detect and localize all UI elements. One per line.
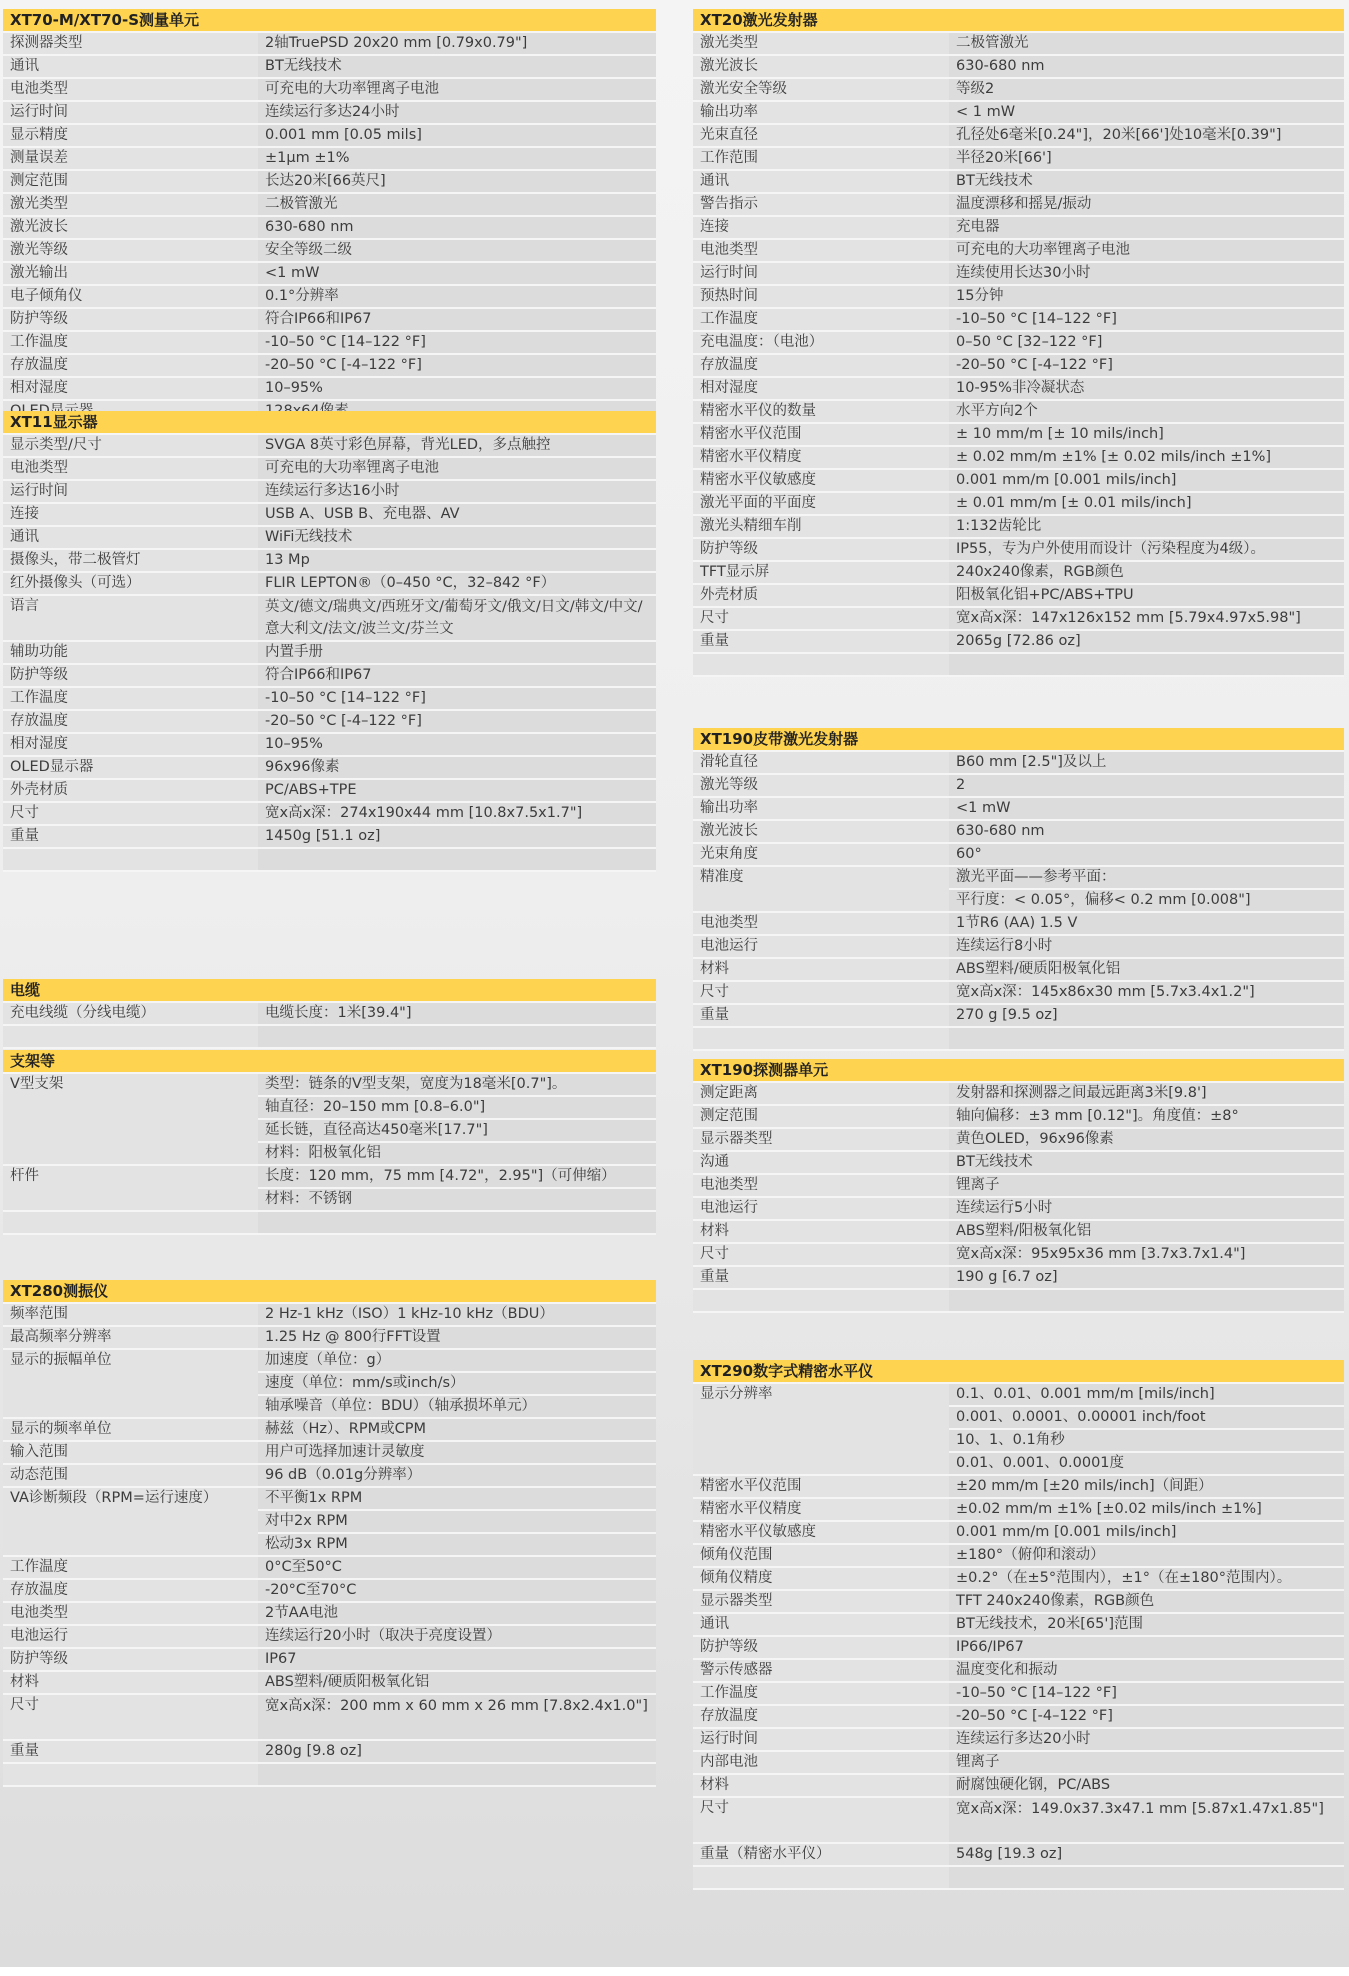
spec-values: 不平衡1x RPM对中2x RPM松动3x RPM [258, 1488, 656, 1557]
spec-value [949, 1867, 1344, 1890]
spec-label: 材料 [3, 1672, 258, 1695]
spec-values: 0°C至50°C [258, 1557, 656, 1580]
spec-label: 重量 [693, 1005, 949, 1028]
spec-value: <1 mW [949, 798, 1344, 821]
spec-value: 0.001、0.0001、0.00001 inch/foot [949, 1407, 1344, 1430]
spec-value: 孔径处6毫米[0.24"]，20米[66']处10毫米[0.39"] [949, 125, 1344, 148]
spec-row: 尺寸宽x高x深：274x190x44 mm [10.8x7.5x1.7"] [3, 803, 656, 826]
spec-row: 内部电池锂离子 [693, 1752, 1344, 1775]
spec-values: 0.1°分辨率 [258, 286, 656, 309]
spec-values: ±20 mm/m [±20 mils/inch]（间距） [949, 1476, 1344, 1499]
spec-values: 1450g [51.1 oz] [258, 826, 656, 849]
spec-value: 半径20米[66'] [949, 148, 1344, 171]
spec-values: 270 g [9.5 oz] [949, 1005, 1344, 1028]
spec-label: 防护等级 [3, 1649, 258, 1672]
spec-row: 连接充电器 [693, 217, 1344, 240]
spec-values: -20–50 °C [-4–122 °F] [258, 711, 656, 734]
spec-values: 630-680 nm [949, 56, 1344, 79]
section-title: XT290数字式精密水平仪 [693, 1360, 1344, 1384]
spec-row: 运行时间连续运行多达20小时 [693, 1729, 1344, 1752]
spec-label: 充电线缆（分线电缆） [3, 1003, 258, 1026]
spec-label: 激光类型 [693, 33, 949, 56]
spec-value: 548g [19.3 oz] [949, 1844, 1344, 1867]
spec-label: 语言 [3, 596, 258, 642]
spec-values: 10–95% [258, 734, 656, 757]
spec-row: 光束角度60° [693, 844, 1344, 867]
spec-value: 630-680 nm [949, 821, 1344, 844]
spec-label: 倾角仪精度 [693, 1568, 949, 1591]
spec-values: ±0.02 mm/m ±1% [±0.02 mils/inch ±1%] [949, 1499, 1344, 1522]
spec-values: 548g [19.3 oz] [949, 1844, 1344, 1867]
spec-section: XT20激光发射器激光类型二极管激光激光波长630-680 nm激光安全等级等级… [693, 9, 1344, 677]
spec-row: 防护等级IP55，专为户外使用而设计（污染程度为4级）。 [693, 539, 1344, 562]
spec-value: USB A、USB B、充电器、AV [258, 504, 656, 527]
spec-row: 显示的振幅单位加速度（单位：g）速度（单位：mm/s或inch/s）轴承噪音（单… [3, 1350, 656, 1419]
spec-row: 充电温度：（电池）0–50 °C [32–122 °F] [693, 332, 1344, 355]
spec-values: 2065g [72.86 oz] [949, 631, 1344, 654]
spec-values: SVGA 8英寸彩色屏幕，背光LED，多点触控 [258, 435, 656, 458]
spec-label: 动态范围 [3, 1465, 258, 1488]
spec-label: 电池运行 [693, 1198, 949, 1221]
spec-label: 输入范围 [3, 1442, 258, 1465]
spec-value: SVGA 8英寸彩色屏幕，背光LED，多点触控 [258, 435, 656, 458]
spec-values: 0.001 mm/m [0.001 mils/inch] [949, 1522, 1344, 1545]
spec-row: 通讯BT无线技术 [693, 171, 1344, 194]
spec-value: 安全等级二级 [258, 240, 656, 263]
spec-value: 耐腐蚀硬化钢，PC/ABS [949, 1775, 1344, 1798]
spec-section: 支架等V型支架类型：链条的V型支架，宽度为18毫米[0.7"]。轴直径：20–1… [3, 1050, 656, 1235]
spec-row: 精密水平仪敏感度0.001 mm/m [0.001 mils/inch] [693, 1522, 1344, 1545]
spec-value: IP67 [258, 1649, 656, 1672]
spec-label [693, 1028, 949, 1051]
spec-label: TFT显示屏 [693, 562, 949, 585]
spec-value: 1450g [51.1 oz] [258, 826, 656, 849]
spec-label: 激光安全等级 [693, 79, 949, 102]
spec-label: 红外摄像头（可选） [3, 573, 258, 596]
blank-row [693, 1867, 1344, 1890]
spec-label: VA诊断频段（RPM=运行速度） [3, 1488, 258, 1557]
spec-section: XT190皮带激光发射器滑轮直径B60 mm [2.5"]及以上激光等级2输出功… [693, 728, 1344, 1051]
spec-label: 倾角仪范围 [693, 1545, 949, 1568]
spec-value: 材料：阳极氧化铝 [258, 1143, 656, 1166]
spec-value: 0.1、0.01、0.001 mm/m [mils/inch] [949, 1384, 1344, 1407]
spec-label: 测定范围 [3, 171, 258, 194]
spec-label: 工作温度 [3, 332, 258, 355]
spec-row: TFT显示屏240x240像素，RGB颜色 [693, 562, 1344, 585]
spec-value: 符合IP66和IP67 [258, 665, 656, 688]
spec-values: 190 g [6.7 oz] [949, 1267, 1344, 1290]
spec-label: 电池类型 [693, 1175, 949, 1198]
spec-value: -10–50 °C [14–122 °F] [258, 688, 656, 711]
spec-row: 激光波长630-680 nm [693, 821, 1344, 844]
spec-row: 显示器类型黄色OLED，96x96像素 [693, 1129, 1344, 1152]
spec-value: 充电器 [949, 217, 1344, 240]
spec-row: 通讯BT无线技术，20米[65']范围 [693, 1614, 1344, 1637]
spec-row: OLED显示器96x96像素 [3, 757, 656, 780]
spec-values: 2轴TruePSD 20x20 mm [0.79x0.79"] [258, 33, 656, 56]
section-title: 支架等 [3, 1050, 656, 1074]
spec-row: 激光波长630-680 nm [693, 56, 1344, 79]
spec-row: 激光安全等级等级2 [693, 79, 1344, 102]
spec-values: 60° [949, 844, 1344, 867]
spec-values: 宽x高x深：149.0x37.3x47.1 mm [5.87x1.47x1.85… [949, 1798, 1344, 1844]
spec-value: 宽x高x深：95x95x36 mm [3.7x3.7x1.4"] [949, 1244, 1344, 1267]
spec-values: 可充电的大功率锂离子电池 [949, 240, 1344, 263]
spec-values: 2 Hz-1 kHz（ISO）1 kHz-10 kHz（BDU） [258, 1304, 656, 1327]
spec-value: 加速度（单位：g） [258, 1350, 656, 1373]
spec-values: 13 Mp [258, 550, 656, 573]
spec-values: PC/ABS+TPE [258, 780, 656, 803]
spec-label: 存放温度 [3, 1580, 258, 1603]
spec-value: 0.001 mm [0.05 mils] [258, 125, 656, 148]
spec-value: 等级2 [949, 79, 1344, 102]
spec-values: 1:132齿轮比 [949, 516, 1344, 539]
spec-value: 10-95%非冷凝状态 [949, 378, 1344, 401]
spec-label: 输出功率 [693, 102, 949, 125]
spec-label: 探测器类型 [3, 33, 258, 56]
spec-values: -10–50 °C [14–122 °F] [949, 309, 1344, 332]
spec-label: 精密水平仪敏感度 [693, 470, 949, 493]
spec-label [693, 1867, 949, 1890]
spec-values: TFT 240x240像素，RGB颜色 [949, 1591, 1344, 1614]
spec-label: 通讯 [693, 1614, 949, 1637]
spec-value [258, 849, 656, 872]
spec-values: 96 dB（0.01g分辨率） [258, 1465, 656, 1488]
spec-values: 280g [9.8 oz] [258, 1741, 656, 1764]
spec-row: 工作温度0°C至50°C [3, 1557, 656, 1580]
spec-label: 预热时间 [693, 286, 949, 309]
spec-value: TFT 240x240像素，RGB颜色 [949, 1591, 1344, 1614]
spec-row: 尺寸宽x高x深：95x95x36 mm [3.7x3.7x1.4"] [693, 1244, 1344, 1267]
spec-value: -20–50 °C [-4–122 °F] [949, 1706, 1344, 1729]
spec-label: 运行时间 [693, 263, 949, 286]
spec-values: 阳极氧化铝+PC/ABS+TPU [949, 585, 1344, 608]
spec-label: 外壳材质 [693, 585, 949, 608]
spec-value: 松动3x RPM [258, 1534, 656, 1557]
spec-value [949, 654, 1344, 677]
spec-values: ABS塑料/硬质阳极氧化铝 [949, 959, 1344, 982]
spec-row: 存放温度-20°C至70°C [3, 1580, 656, 1603]
spec-row: 光束直径孔径处6毫米[0.24"]，20米[66']处10毫米[0.39"] [693, 125, 1344, 148]
spec-values: 0.001 mm/m [0.001 mils/inch] [949, 470, 1344, 493]
section-title: 电缆 [3, 979, 656, 1003]
spec-label: 尺寸 [693, 1798, 949, 1844]
spec-label: 材料 [693, 959, 949, 982]
spec-row: 红外摄像头（可选）FLIR LEPTON®（0–450 °C，32–842 °F… [3, 573, 656, 596]
spec-label: 防护等级 [693, 1637, 949, 1660]
spec-value: 0.01、0.001、0.0001度 [949, 1453, 1344, 1476]
spec-label: 相对湿度 [3, 378, 258, 401]
spec-row: 电池运行连续运行5小时 [693, 1198, 1344, 1221]
spec-value: 轴向偏移：±3 mm [0.12"]。角度值：±8° [949, 1106, 1344, 1129]
spec-row: 电池类型可充电的大功率锂离子电池 [693, 240, 1344, 263]
spec-row: 激光类型二极管激光 [3, 194, 656, 217]
spec-value: FLIR LEPTON®（0–450 °C，32–842 °F） [258, 573, 656, 596]
spec-label: 连接 [693, 217, 949, 240]
spec-values [949, 1290, 1344, 1313]
spec-values: 温度漂移和摇晃/振动 [949, 194, 1344, 217]
spec-label: 最高频率分辨率 [3, 1327, 258, 1350]
spec-value: 速度（单位：mm/s或inch/s） [258, 1373, 656, 1396]
spec-label: 通讯 [693, 171, 949, 194]
spec-values: 连续运行多达16小时 [258, 481, 656, 504]
spec-row: 运行时间连续运行多达24小时 [3, 102, 656, 125]
spec-value [258, 1026, 656, 1049]
spec-value: WiFi无线技术 [258, 527, 656, 550]
spec-row: 倾角仪范围±180°（俯仰和滚动） [693, 1545, 1344, 1568]
spec-label: OLED显示器 [3, 757, 258, 780]
spec-row: 材料ABS塑料/硬质阳极氧化铝 [3, 1672, 656, 1695]
spec-row: 输出功率<1 mW [693, 798, 1344, 821]
spec-values: 240x240像素，RGB颜色 [949, 562, 1344, 585]
spec-row: 尺寸宽x高x深：147x126x152 mm [5.79x4.97x5.98"] [693, 608, 1344, 631]
spec-value: 电缆长度：1米[39.4"] [258, 1003, 656, 1026]
blank-row [3, 1212, 656, 1235]
spec-value: BT无线技术 [949, 1152, 1344, 1175]
spec-row: 重量280g [9.8 oz] [3, 1741, 656, 1764]
spec-label: 外壳材质 [3, 780, 258, 803]
spec-row: 外壳材质阳极氧化铝+PC/ABS+TPU [693, 585, 1344, 608]
spec-label: 工作温度 [3, 1557, 258, 1580]
spec-label: 存放温度 [3, 355, 258, 378]
spec-label: 精密水平仪的数量 [693, 401, 949, 424]
spec-row: 动态范围96 dB（0.01g分辨率） [3, 1465, 656, 1488]
spec-value: 2 [949, 775, 1344, 798]
spec-value: 赫兹（Hz）、RPM或CPM [258, 1419, 656, 1442]
spec-value: 长达20米[66英尺] [258, 171, 656, 194]
spec-value: 0°C至50°C [258, 1557, 656, 1580]
spec-value: 宽x高x深：200 mm x 60 mm x 26 mm [7.8x2.4x1.… [258, 1695, 656, 1741]
spec-label: 运行时间 [3, 481, 258, 504]
spec-value: 连续运行多达20小时 [949, 1729, 1344, 1752]
spec-value: 不平衡1x RPM [258, 1488, 656, 1511]
spec-row: V型支架类型：链条的V型支架，宽度为18毫米[0.7"]。轴直径：20–150 … [3, 1074, 656, 1166]
spec-row: 沟通BT无线技术 [693, 1152, 1344, 1175]
spec-value: 280g [9.8 oz] [258, 1741, 656, 1764]
spec-row: 显示类型/尺寸SVGA 8英寸彩色屏幕，背光LED，多点触控 [3, 435, 656, 458]
spec-values [258, 1212, 656, 1235]
spec-values: B60 mm [2.5"]及以上 [949, 752, 1344, 775]
spec-row: 精准度激光平面——参考平面：平行度：< 0.05°，偏移< 0.2 mm [0.… [693, 867, 1344, 913]
spec-values: 宽x高x深：200 mm x 60 mm x 26 mm [7.8x2.4x1.… [258, 1695, 656, 1741]
spec-values: 电缆长度：1米[39.4"] [258, 1003, 656, 1026]
spec-label: 激光波长 [3, 217, 258, 240]
spec-row: 电池类型2节AA电池 [3, 1603, 656, 1626]
spec-label: 显示器类型 [693, 1129, 949, 1152]
spec-label: 尺寸 [693, 982, 949, 1005]
spec-values: ABS塑料/阳极氧化铝 [949, 1221, 1344, 1244]
spec-row: 工作温度-10–50 °C [14–122 °F] [693, 309, 1344, 332]
spec-row: 测定距离发射器和探测器之间最远距离3米[9.8'] [693, 1083, 1344, 1106]
spec-values: BT无线技术 [949, 1152, 1344, 1175]
section-title: XT20激光发射器 [693, 9, 1344, 33]
spec-row: 激光等级2 [693, 775, 1344, 798]
spec-row: 输出功率< 1 mW [693, 102, 1344, 125]
spec-label: 工作温度 [3, 688, 258, 711]
spec-value: 10、1、0.1角秒 [949, 1430, 1344, 1453]
spec-section: 电缆充电线缆（分线电缆）电缆长度：1米[39.4"] [3, 979, 656, 1049]
spec-value: 对中2x RPM [258, 1511, 656, 1534]
spec-values: 2 [949, 775, 1344, 798]
spec-row: 电池运行连续运行8小时 [693, 936, 1344, 959]
spec-row: 滑轮直径B60 mm [2.5"]及以上 [693, 752, 1344, 775]
spec-values: 0.1、0.01、0.001 mm/m [mils/inch]0.001、0.0… [949, 1384, 1344, 1476]
spec-row: VA诊断频段（RPM=运行速度）不平衡1x RPM对中2x RPM松动3x RP… [3, 1488, 656, 1557]
spec-value: 二极管激光 [258, 194, 656, 217]
spec-row: 电池运行连续运行20小时（取决于亮度设置） [3, 1626, 656, 1649]
spec-row: 材料耐腐蚀硬化钢，PC/ABS [693, 1775, 1344, 1798]
spec-values: ± 0.02 mm/m ±1% [± 0.02 mils/inch ±1%] [949, 447, 1344, 470]
spec-label: 显示精度 [3, 125, 258, 148]
spec-values: ± 10 mm/m [± 10 mils/inch] [949, 424, 1344, 447]
spec-value: ABS塑料/硬质阳极氧化铝 [949, 959, 1344, 982]
spec-row: 最高频率分辨率1.25 Hz @ 800行FFT设置 [3, 1327, 656, 1350]
spec-label: 精密水平仪精度 [693, 447, 949, 470]
spec-row: 充电线缆（分线电缆）电缆长度：1米[39.4"] [3, 1003, 656, 1026]
spec-row: 显示的频率单位赫兹（Hz）、RPM或CPM [3, 1419, 656, 1442]
spec-values: BT无线技术，20米[65']范围 [949, 1614, 1344, 1637]
spec-label: 防护等级 [693, 539, 949, 562]
spec-label: 滑轮直径 [693, 752, 949, 775]
spec-row: 材料ABS塑料/阳极氧化铝 [693, 1221, 1344, 1244]
spec-label: 激光波长 [693, 821, 949, 844]
spec-label [3, 849, 258, 872]
spec-values: -10–50 °C [14–122 °F] [258, 688, 656, 711]
spec-row: 重量2065g [72.86 oz] [693, 631, 1344, 654]
spec-values: 连续运行5小时 [949, 1198, 1344, 1221]
spec-values: 类型：链条的V型支架，宽度为18毫米[0.7"]。轴直径：20–150 mm [… [258, 1074, 656, 1166]
spec-label: 激光平面的平面度 [693, 493, 949, 516]
spec-values: USB A、USB B、充电器、AV [258, 504, 656, 527]
spec-row: 相对湿度10–95% [3, 734, 656, 757]
spec-values: 1.25 Hz @ 800行FFT设置 [258, 1327, 656, 1350]
spec-label: 显示分辨率 [693, 1384, 949, 1476]
spec-values: 连续运行20小时（取决于亮度设置） [258, 1626, 656, 1649]
spec-row: 重量1450g [51.1 oz] [3, 826, 656, 849]
spec-label: 显示的振幅单位 [3, 1350, 258, 1419]
spec-row: 激光平面的平面度± 0.01 mm/m [± 0.01 mils/inch] [693, 493, 1344, 516]
spec-row: 尺寸宽x高x深：200 mm x 60 mm x 26 mm [7.8x2.4x… [3, 1695, 656, 1741]
spec-row: 材料ABS塑料/硬质阳极氧化铝 [693, 959, 1344, 982]
spec-row: 连接USB A、USB B、充电器、AV [3, 504, 656, 527]
spec-label: 电池类型 [3, 458, 258, 481]
spec-row: 工作温度-10–50 °C [14–122 °F] [3, 688, 656, 711]
spec-row: 倾角仪精度±0.2°（在±5°范围内），±1°（在±180°范围内）。 [693, 1568, 1344, 1591]
spec-value [258, 1212, 656, 1235]
spec-label: 电池运行 [693, 936, 949, 959]
spec-label: 重量 [3, 826, 258, 849]
spec-values: ±1μm ±1% [258, 148, 656, 171]
spec-value: -20–50 °C [-4–122 °F] [258, 355, 656, 378]
spec-values: 半径20米[66'] [949, 148, 1344, 171]
spec-value: 270 g [9.5 oz] [949, 1005, 1344, 1028]
spec-value: 连续运行多达16小时 [258, 481, 656, 504]
spec-values: 长达20米[66英尺] [258, 171, 656, 194]
spec-label: 材料 [693, 1221, 949, 1244]
spec-label: 精密水平仪范围 [693, 1476, 949, 1499]
spec-value: 190 g [6.7 oz] [949, 1267, 1344, 1290]
spec-label: 激光等级 [693, 775, 949, 798]
spec-row: 电池类型1节R6 (AA) 1.5 V [693, 913, 1344, 936]
spec-label: 存放温度 [693, 355, 949, 378]
spec-values: 水平方向2个 [949, 401, 1344, 424]
spec-row: 防护等级IP66/IP67 [693, 1637, 1344, 1660]
spec-label [3, 1026, 258, 1049]
spec-label: 重量 [693, 1267, 949, 1290]
spec-row: 工作温度-10–50 °C [14–122 °F] [3, 332, 656, 355]
spec-values: 连续运行多达20小时 [949, 1729, 1344, 1752]
spec-values: 宽x高x深：145x86x30 mm [5.7x3.4x1.2"] [949, 982, 1344, 1005]
spec-label: 内部电池 [693, 1752, 949, 1775]
spec-value: -10–50 °C [14–122 °F] [949, 309, 1344, 332]
spec-row: 精密水平仪敏感度0.001 mm/m [0.001 mils/inch] [693, 470, 1344, 493]
spec-values: 符合IP66和IP67 [258, 309, 656, 332]
spec-value: 连续运行8小时 [949, 936, 1344, 959]
spec-label: 测量误差 [3, 148, 258, 171]
spec-label: 重量（精密水平仪） [693, 1844, 949, 1867]
spec-value: 轴承噪音（单位：BDU）（轴承损坏单元） [258, 1396, 656, 1419]
spec-row: 测定范围长达20米[66英尺] [3, 171, 656, 194]
spec-section: XT190探测器单元测定距离发射器和探测器之间最远距离3米[9.8']测定范围轴… [693, 1059, 1344, 1313]
spec-value: 1.25 Hz @ 800行FFT设置 [258, 1327, 656, 1350]
spec-values: 长度：120 mm，75 mm [4.72"，2.95"]（可伸缩）材料：不锈钢 [258, 1166, 656, 1212]
spec-values: 可充电的大功率锂离子电池 [258, 79, 656, 102]
spec-row: 激光输出<1 mW [3, 263, 656, 286]
spec-row: 通讯WiFi无线技术 [3, 527, 656, 550]
spec-label: 电池类型 [693, 240, 949, 263]
spec-value: ±0.2°（在±5°范围内），±1°（在±180°范围内）。 [949, 1568, 1344, 1591]
spec-row: 电池类型可充电的大功率锂离子电池 [3, 79, 656, 102]
spec-values: 0.001 mm [0.05 mils] [258, 125, 656, 148]
spec-value: 黄色OLED，96x96像素 [949, 1129, 1344, 1152]
spec-value: 长度：120 mm，75 mm [4.72"，2.95"]（可伸缩） [258, 1166, 656, 1189]
spec-row: 存放温度-20–50 °C [-4–122 °F] [3, 711, 656, 734]
spec-label: 重量 [3, 1741, 258, 1764]
spec-row: 显示器类型TFT 240x240像素，RGB颜色 [693, 1591, 1344, 1614]
spec-value: 0.001 mm/m [0.001 mils/inch] [949, 470, 1344, 493]
section-title: XT190探测器单元 [693, 1059, 1344, 1083]
spec-value: 锂离子 [949, 1175, 1344, 1198]
blank-row [3, 1026, 656, 1049]
spec-section: XT290数字式精密水平仪显示分辨率0.1、0.01、0.001 mm/m [m… [693, 1360, 1344, 1890]
spec-row: 外壳材质PC/ABS+TPE [3, 780, 656, 803]
spec-value: -10–50 °C [14–122 °F] [949, 1683, 1344, 1706]
spec-label: 显示类型/尺寸 [3, 435, 258, 458]
spec-row: 频率范围2 Hz-1 kHz（ISO）1 kHz-10 kHz（BDU） [3, 1304, 656, 1327]
spec-row: 警示传感器温度变化和振动 [693, 1660, 1344, 1683]
spec-value: ± 10 mm/m [± 10 mils/inch] [949, 424, 1344, 447]
spec-label: 精密水平仪敏感度 [693, 1522, 949, 1545]
spec-row: 测定范围轴向偏移：±3 mm [0.12"]。角度值：±8° [693, 1106, 1344, 1129]
spec-values [258, 1026, 656, 1049]
spec-values: 连续使用长达30小时 [949, 263, 1344, 286]
spec-label: 通讯 [3, 527, 258, 550]
spec-label: 相对湿度 [3, 734, 258, 757]
spec-values [949, 1867, 1344, 1890]
spec-value: 可充电的大功率锂离子电池 [949, 240, 1344, 263]
spec-row: 相对湿度10-95%非冷凝状态 [693, 378, 1344, 401]
spec-label: 精密水平仪范围 [693, 424, 949, 447]
spec-values: 630-680 nm [949, 821, 1344, 844]
spec-values: ±0.2°（在±5°范围内），±1°（在±180°范围内）。 [949, 1568, 1344, 1591]
spec-label: 电池类型 [693, 913, 949, 936]
spec-value: 60° [949, 844, 1344, 867]
spec-value: 2节AA电池 [258, 1603, 656, 1626]
spec-value: 可充电的大功率锂离子电池 [258, 458, 656, 481]
spec-value [258, 1764, 656, 1787]
spec-value: 类型：链条的V型支架，宽度为18毫米[0.7"]。 [258, 1074, 656, 1097]
spec-value: -20°C至70°C [258, 1580, 656, 1603]
